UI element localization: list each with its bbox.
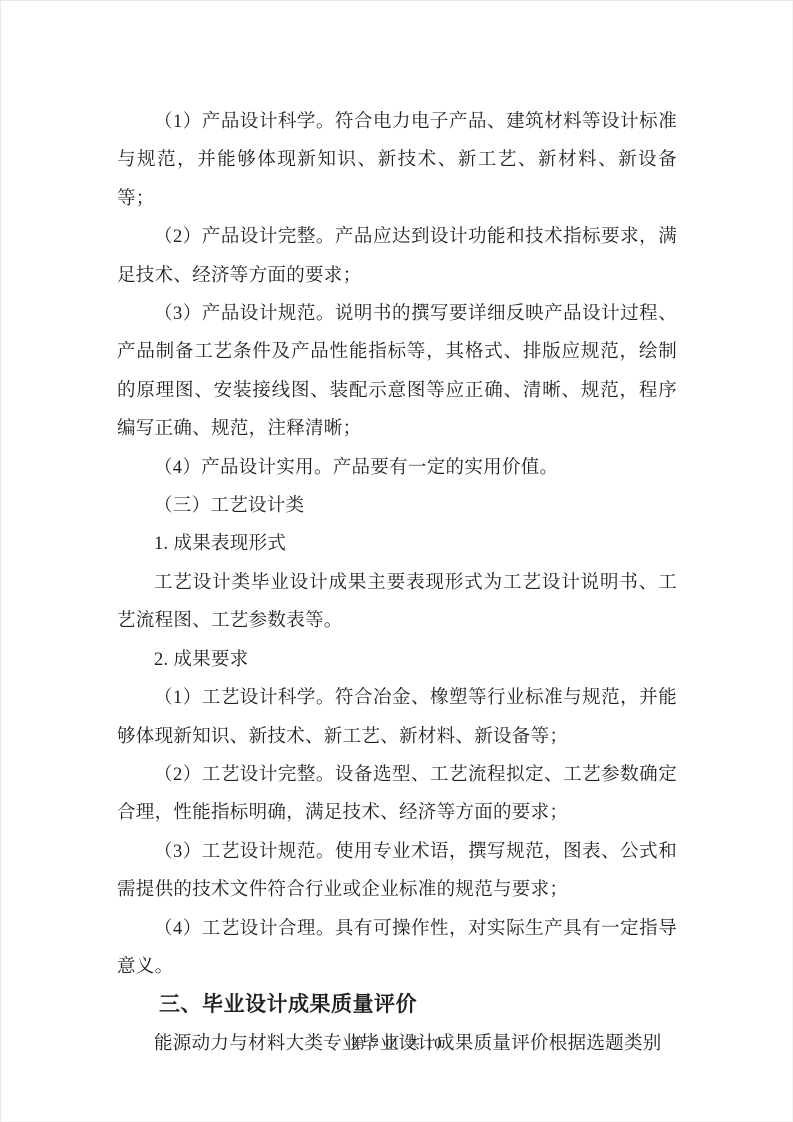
paragraph: （4）产品设计实用。产品要有一定的实用价值。 (117, 449, 677, 487)
paragraph: （3）工艺设计规范。使用专业术语，撰写规范，图表、公式和需提供的技术文件符合行业… (117, 833, 677, 910)
paragraph: （3）产品设计规范。说明书的撰写要详细反映产品设计过程、产品制备工艺条件及产品性… (117, 295, 677, 449)
document-body: （1）产品设计科学。符合电力电子产品、建筑材料等设计标准与规范，并能够体现新知识… (117, 103, 677, 1063)
paragraph: （2）产品设计完整。产品应达到设计功能和技术指标要求，满足技术、经济等方面的要求… (117, 218, 677, 295)
section-heading: 三、毕业设计成果质量评价 (117, 986, 677, 1024)
paragraph: 2. 成果要求 (117, 641, 677, 679)
paragraph: （4）工艺设计合理。具有可操作性，对实际生产具有一定指导意义。 (117, 910, 677, 987)
page-number-text: 第 7 页 共 10 (350, 1036, 443, 1052)
paragraph: （1）产品设计科学。符合电力电子产品、建筑材料等设计标准与规范，并能够体现新知识… (117, 103, 677, 218)
paragraph: 1. 成果表现形式 (117, 525, 677, 563)
document-page: （1）产品设计科学。符合电力电子产品、建筑材料等设计标准与规范，并能够体现新知识… (0, 0, 793, 1122)
paragraph: （三）工艺设计类 (117, 487, 677, 525)
paragraph: （2）工艺设计完整。设备选型、工艺流程拟定、工艺参数确定合理，性能指标明确，满足… (117, 756, 677, 833)
paragraph: 工艺设计类毕业设计成果主要表现形式为工艺设计说明书、工艺流程图、工艺参数表等。 (117, 564, 677, 641)
paragraph: （1）工艺设计科学。符合冶金、橡塑等行业标准与规范，并能够体现新知识、新技术、新… (117, 679, 677, 756)
page-footer: 第 7 页 共 10 (0, 1032, 793, 1053)
